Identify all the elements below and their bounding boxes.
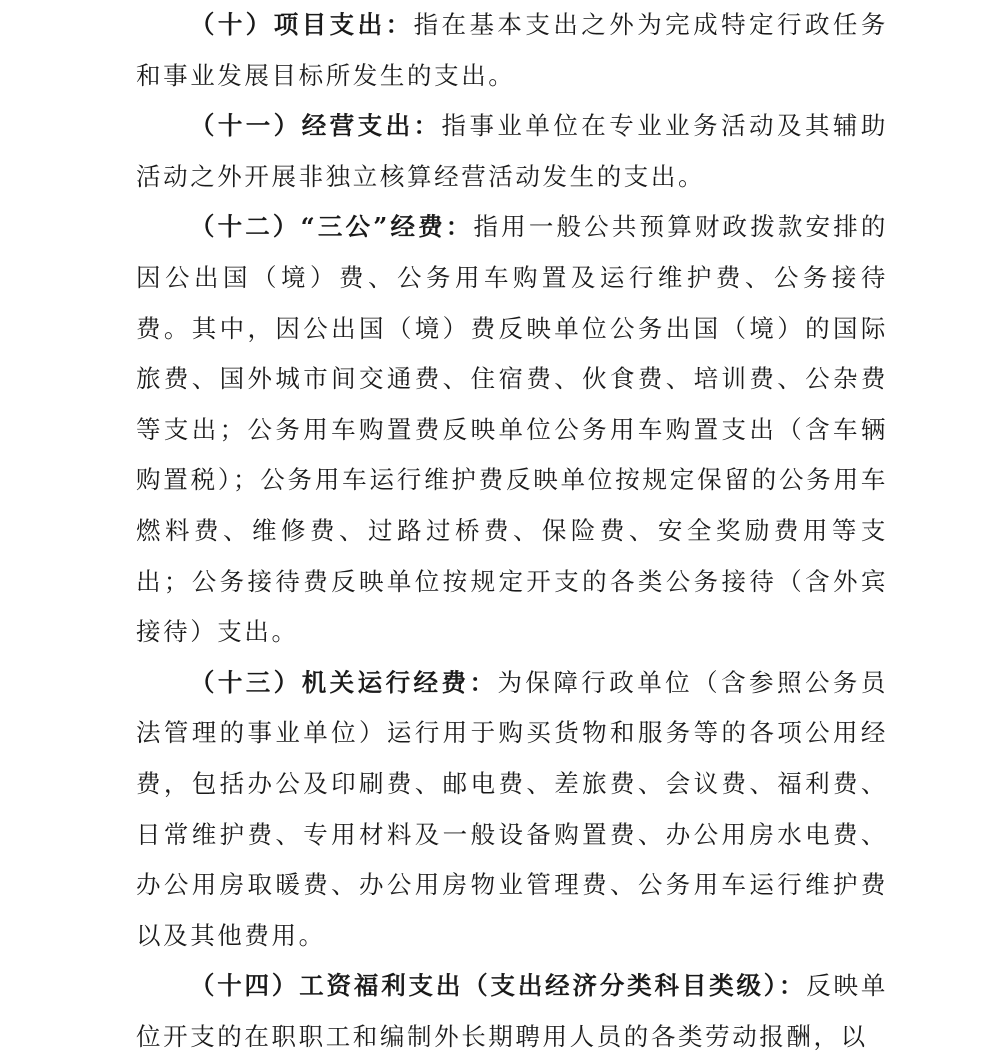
term-heading: （十四）工资福利支出（支出经济分类科目类级）： [190, 971, 806, 1000]
paragraph-operating-expenditure: （十一）经营支出：指事业单位在专业业务活动及其辅助活动之外开展非独立核算经营活动… [136, 101, 888, 202]
term-definition: 指用一般公共预算财政拨款安排的因公出国（境）费、公务用车购置及运行维护费、公务接… [136, 212, 888, 646]
paragraph-agency-operating-funds: （十三）机关运行经费：为保障行政单位（含参照公务员法管理的事业单位）运行用于购买… [136, 658, 888, 962]
term-heading: （十）项目支出： [190, 10, 414, 39]
paragraph-salary-welfare-expenditure: （十四）工资福利支出（支出经济分类科目类级）：反映单位开支的在职职工和编制外长期… [136, 961, 888, 1060]
term-heading: （十二）“三公”经费： [190, 212, 474, 241]
term-definition: 为保障行政单位（含参照公务员法管理的事业单位）运行用于购买货物和服务等的各项公用… [136, 668, 888, 950]
term-heading: （十一）经营支出： [190, 111, 442, 140]
paragraph-project-expenditure: （十）项目支出：指在基本支出之外为完成特定行政任务和事业发展目标所发生的支出。 [136, 0, 888, 101]
paragraph-three-public-expenses: （十二）“三公”经费：指用一般公共预算财政拨款安排的因公出国（境）费、公务用车购… [136, 202, 888, 657]
document-page: （十）项目支出：指在基本支出之外为完成特定行政任务和事业发展目标所发生的支出。 … [136, 0, 888, 1060]
term-heading: （十三）机关运行经费： [190, 668, 498, 697]
